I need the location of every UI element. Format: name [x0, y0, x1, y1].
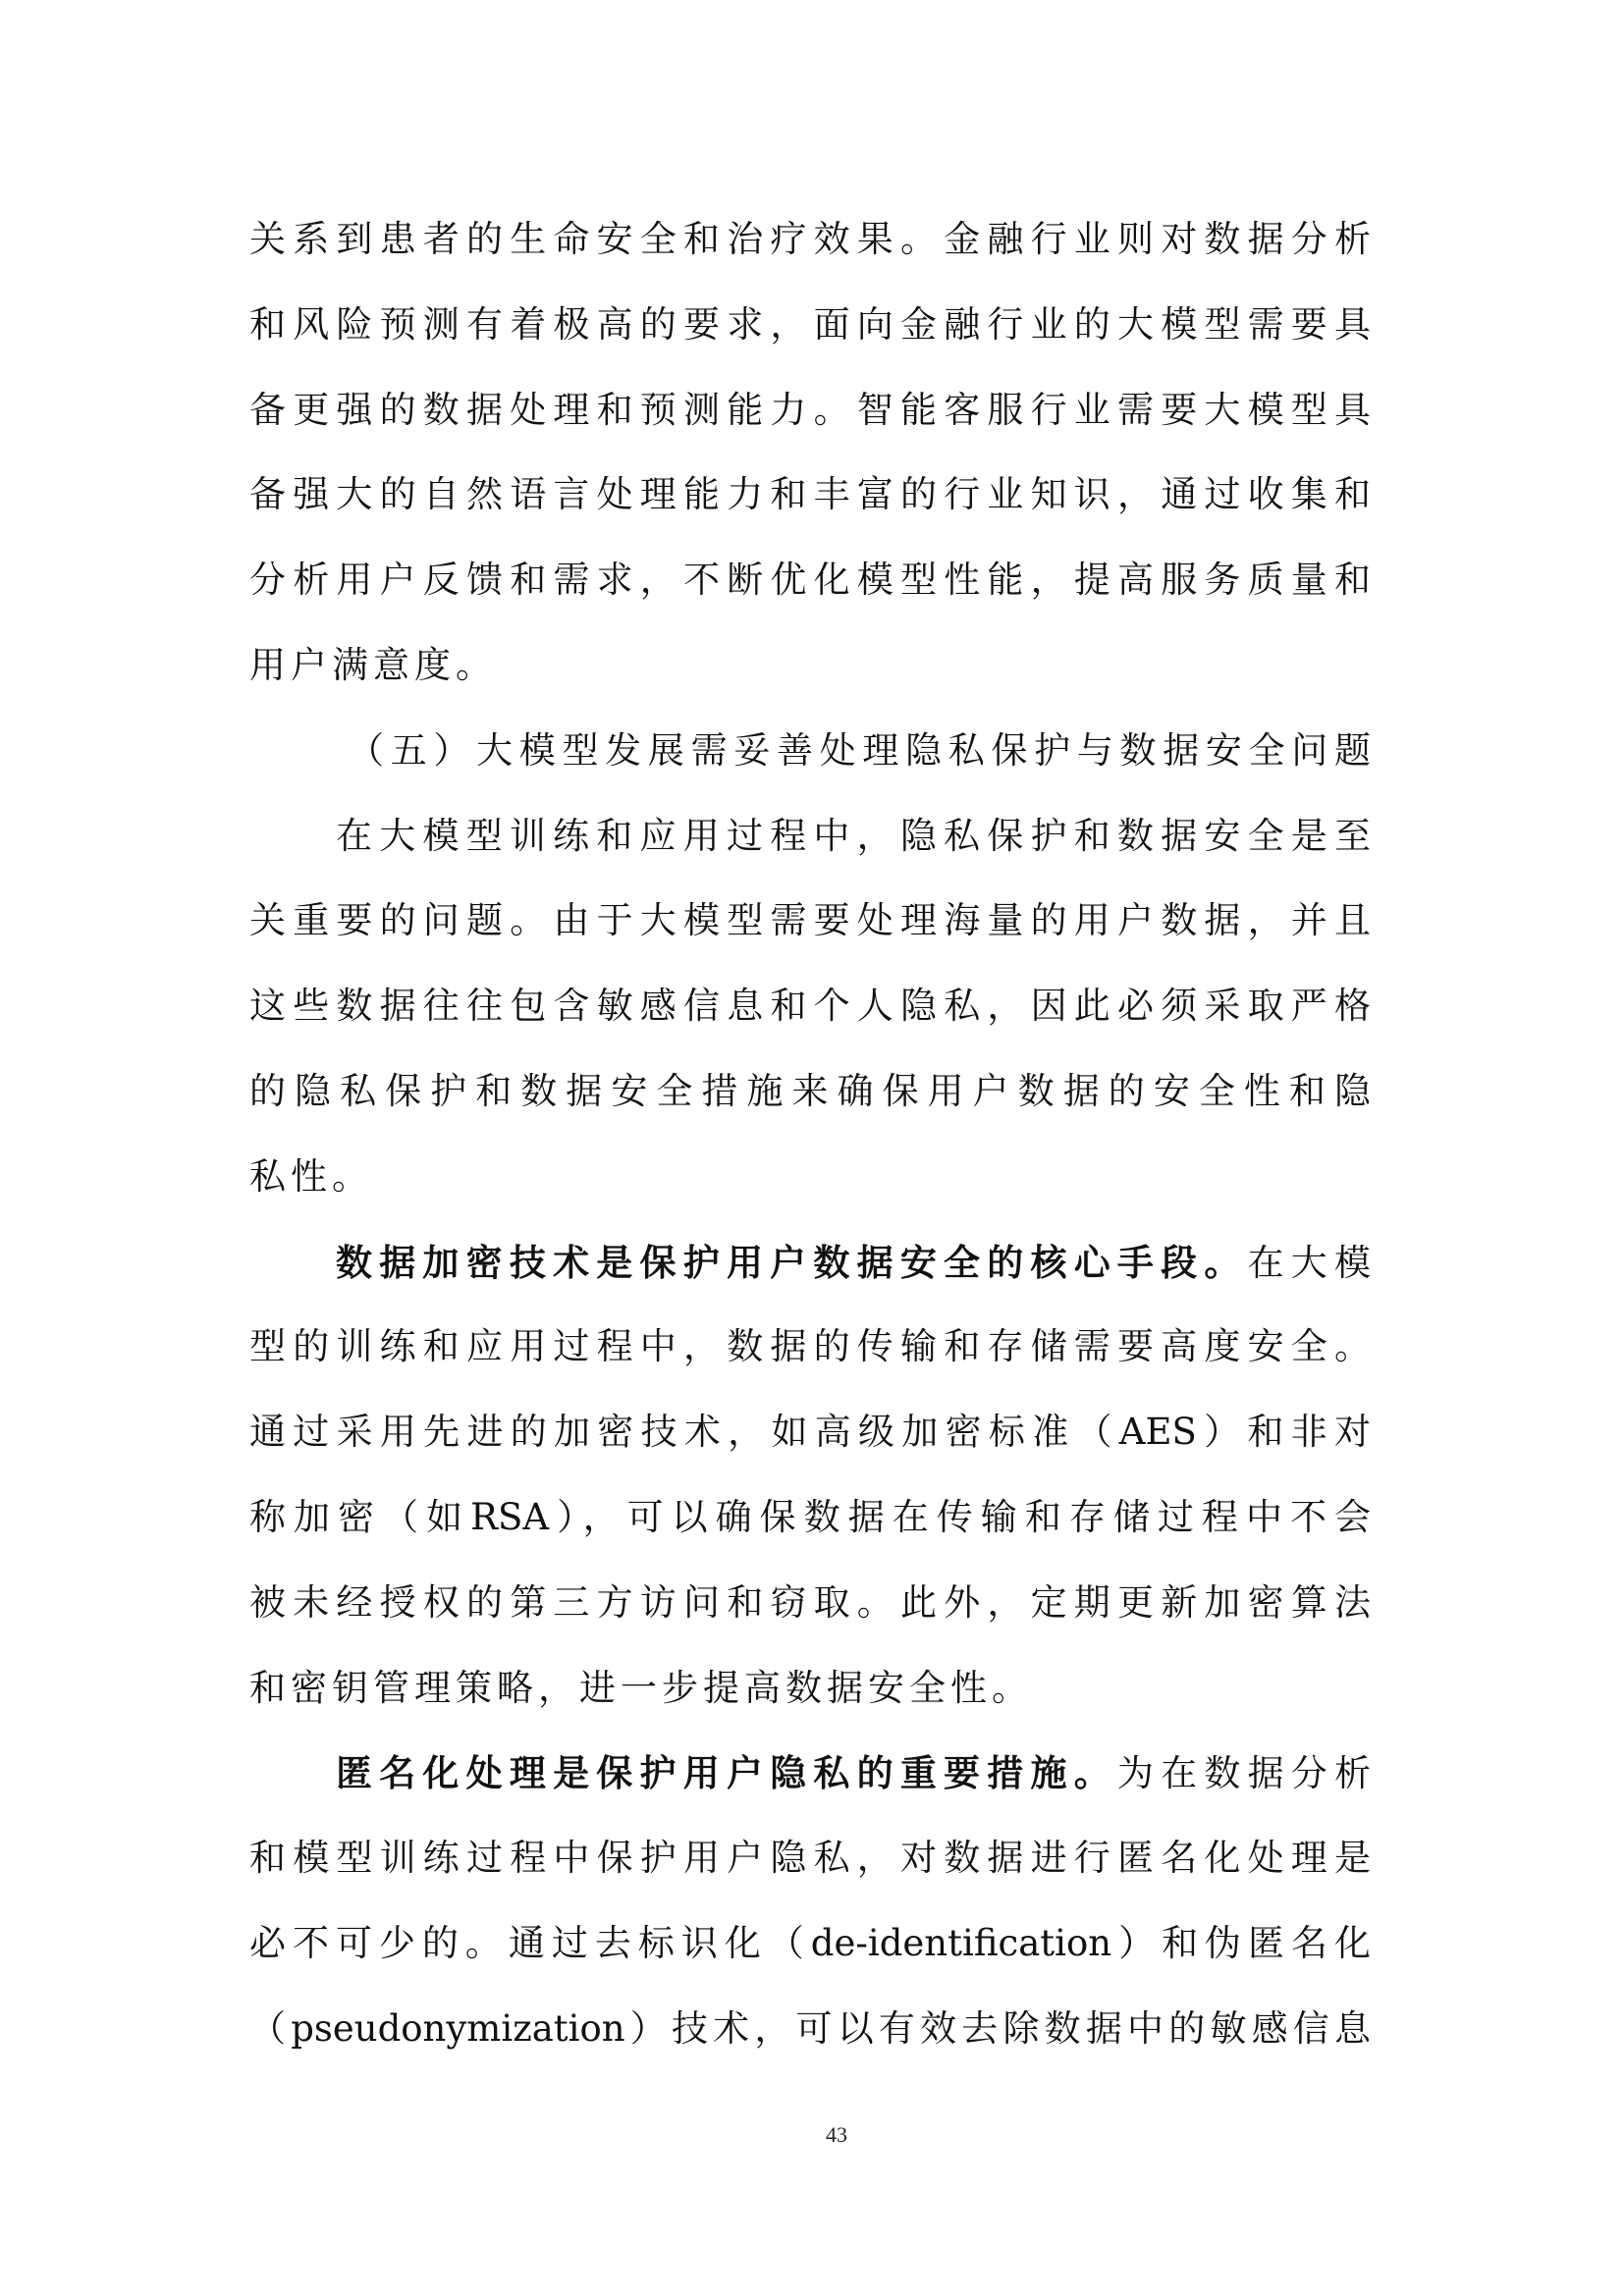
- text-line: 型的训练和应用过程中，数据的传输和存储需要高度安全。: [249, 1309, 1371, 1395]
- paragraph-first-line: 数据加密技术是保护用户数据安全的核心手段。在大模: [249, 1225, 1371, 1310]
- section-heading: （五）大模型发展需妥善处理隐私保护与数据安全问题: [249, 714, 1371, 799]
- document-page: 关系到患者的生命安全和治疗效果。金融行业则对数据分析 和风险预测有着极高的要求，…: [0, 0, 1624, 2296]
- text-line: 这些数据往往包含敏感信息和个人隐私，因此必须采取严格: [249, 969, 1371, 1054]
- page-number: 43: [812, 2122, 861, 2148]
- text-line: 备更强的数据处理和预测能力。智能客服行业需要大模型具: [249, 373, 1371, 458]
- bold-lead-sentence: 数据加密技术是保护用户数据安全的核心手段。: [336, 1241, 1248, 1284]
- text-line: 和风险预测有着极高的要求，面向金融行业的大模型需要具: [249, 288, 1371, 373]
- text-line: 和密钥管理策略，进一步提高数据安全性。: [249, 1651, 1371, 1736]
- text-line: （pseudonymization）技术，可以有效去除数据中的敏感信息: [249, 1992, 1371, 2077]
- paragraph-first-line: 在大模型训练和应用过程中，隐私保护和数据安全是至: [249, 799, 1371, 884]
- text-line: 的隐私保护和数据安全措施来确保用户数据的安全性和隐: [249, 1054, 1371, 1140]
- text-line: 和模型训练过程中保护用户隐私，对数据进行匿名化处理是: [249, 1821, 1371, 1906]
- text-line: 用户满意度。: [249, 628, 1371, 714]
- text-line: 备强大的自然语言处理能力和丰富的行业知识，通过收集和: [249, 457, 1371, 543]
- text-line: 被未经授权的第三方访问和窃取。此外，定期更新加密算法: [249, 1566, 1371, 1651]
- text-line: 必不可少的。通过去标识化（de-identification）和伪匿名化: [249, 1906, 1371, 1992]
- text-line: 分析用户反馈和需求，不断优化模型性能，提高服务质量和: [249, 543, 1371, 628]
- text-line: 称加密（如RSA），可以确保数据在传输和存储过程中不会: [249, 1480, 1371, 1566]
- text-line: 私性。: [249, 1140, 1371, 1225]
- text-span: 在大模: [1248, 1242, 1371, 1284]
- text-line: 关重要的问题。由于大模型需要处理海量的用户数据，并且: [249, 883, 1371, 969]
- text-line: 关系到患者的生命安全和治疗效果。金融行业则对数据分析: [249, 202, 1371, 288]
- text-span: 为在数据分析: [1117, 1752, 1371, 1794]
- text-line: 通过采用先进的加密技术，如高级加密标准（AES）和非对: [249, 1395, 1371, 1480]
- bold-lead-sentence: 匿名化处理是保护用户隐私的重要措施。: [336, 1751, 1117, 1794]
- paragraph-first-line: 匿名化处理是保护用户隐私的重要措施。为在数据分析: [249, 1735, 1371, 1821]
- body-text: 关系到患者的生命安全和治疗效果。金融行业则对数据分析 和风险预测有着极高的要求，…: [249, 202, 1371, 2077]
